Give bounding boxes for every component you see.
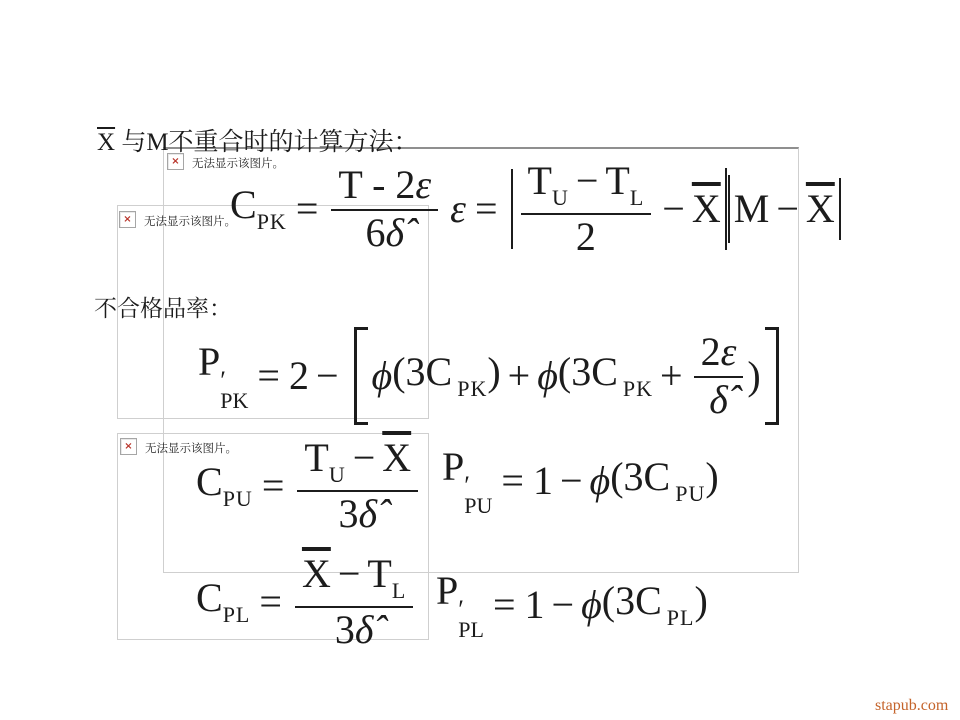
xbar: X: [806, 188, 835, 230]
phi: ϕ: [372, 355, 393, 397]
title-xbar: X: [97, 129, 115, 156]
cpl-lhs: CPL: [196, 577, 250, 626]
equals: =: [501, 460, 524, 502]
equals: =: [493, 584, 516, 626]
equals: =: [296, 188, 319, 230]
epsilon: ε: [450, 188, 466, 230]
broken-image-icon: ×: [167, 153, 184, 170]
broken-image-icon: ×: [120, 438, 137, 455]
fraction-2eps-over-delta: 2ε δ̂: [694, 331, 744, 421]
formula-ppl: P′PL = 1 − ϕ (3CPL): [436, 576, 708, 634]
equals: =: [262, 465, 285, 507]
title-text: 与M不重合时的计算方法：: [115, 129, 418, 156]
equals: =: [257, 355, 280, 397]
formula-ppu: P′PU = 1 − ϕ (3CPU): [442, 452, 719, 510]
one: 1: [533, 460, 553, 502]
minus: −: [552, 584, 575, 626]
M: M: [734, 188, 770, 230]
cpk-lhs: CPK: [230, 184, 287, 233]
fraction-tu-xbar: TU−X 3δ̂: [297, 437, 418, 534]
ppl-lhs: P′PL: [436, 570, 484, 641]
defective-rate-label: 不合格品率：: [94, 290, 232, 323]
formula-ppk: P′PK = 2 − ϕ (3CPK) + ϕ (3CPK + 2ε δ̂ ): [198, 329, 779, 423]
minus: −: [560, 460, 583, 502]
equals: =: [475, 188, 498, 230]
term: (3CPL): [602, 580, 708, 629]
fraction-xbar-tl: X−TL 3δ̂: [295, 553, 413, 650]
abs-bar: [725, 168, 727, 250]
cpu-lhs: CPU: [196, 461, 253, 510]
phi: ϕ: [537, 355, 558, 397]
equals: =: [259, 581, 282, 623]
plus: +: [660, 355, 683, 397]
phi: ϕ: [581, 584, 602, 626]
abs-bar: [728, 175, 730, 243]
broken-image-icon: ×: [119, 211, 136, 228]
term-1: (3CPK): [392, 351, 500, 400]
term-2: (3CPK: [558, 351, 653, 400]
plus: +: [508, 355, 531, 397]
slide: X 与M不重合时的计算方法： × 无法显示该图片。 × 无法显示该图片。 × 无…: [0, 0, 960, 720]
minus: −: [316, 355, 339, 397]
abs-bar: [511, 169, 513, 249]
formula-cpl: CPL = X−TL 3δ̂: [196, 552, 417, 652]
watermark: stapub.com: [875, 697, 948, 715]
term: (3CPU): [610, 456, 718, 505]
broken-image-label: 无法显示该图片。: [144, 211, 236, 229]
fraction-t-minus-2eps: T - 2ε 6δ̂: [331, 164, 438, 254]
xbar: X: [692, 188, 721, 230]
left-bracket: [354, 327, 368, 425]
phi: ϕ: [590, 460, 611, 502]
close-paren: ): [747, 355, 760, 397]
formula-cpk: CPK = T - 2ε 6δ̂ ε = TU−TL 2 − X M − X: [230, 164, 845, 254]
two: 2: [289, 355, 309, 397]
right-bracket: [765, 327, 779, 425]
one: 1: [525, 584, 545, 626]
formula-cpu: CPU = TU−X 3δ̂: [196, 437, 422, 535]
fraction-tu-tl-over-2: TU−TL 2: [521, 160, 652, 257]
minus: −: [662, 188, 685, 230]
ppu-lhs: P′PU: [442, 446, 492, 517]
minus: −: [776, 188, 799, 230]
abs-bar: [839, 178, 841, 240]
ppk-lhs: P′PK: [198, 341, 248, 412]
broken-image-placeholder-2: × 无法显示该图片。: [119, 211, 236, 229]
